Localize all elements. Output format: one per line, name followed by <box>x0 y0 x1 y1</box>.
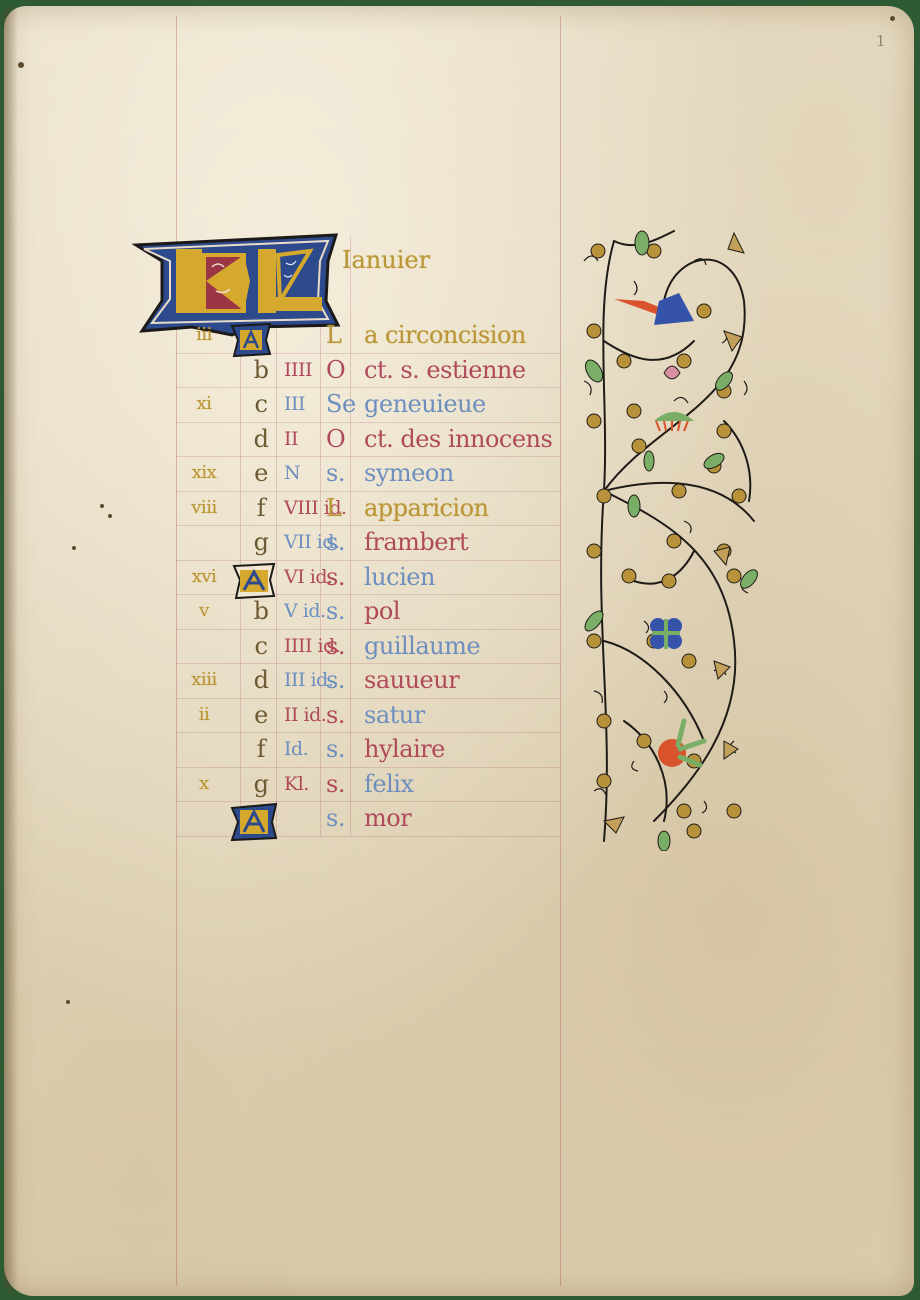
roman-abbreviation: O <box>326 353 345 387</box>
feast-name: a circoncision <box>364 318 526 352</box>
calendar-row: dIIOct. des innocens <box>174 422 564 456</box>
golden-number: v <box>174 594 234 628</box>
roman-abbreviation: s. <box>326 767 345 801</box>
feast-name: mor <box>364 801 411 835</box>
calendar-row: iieII id.s.satur <box>174 698 564 732</box>
month-heading: Ianuier <box>342 246 430 274</box>
roman-abbreviation: s. <box>326 801 345 835</box>
golden-number: ii <box>174 698 234 732</box>
golden-number: x <box>174 767 234 801</box>
roman-abbreviation: s. <box>326 629 345 663</box>
dominical-letter: g <box>246 767 276 801</box>
dominical-letter: d <box>246 663 276 697</box>
golden-number: xiii <box>174 663 234 697</box>
feast-name: guillaume <box>364 629 480 663</box>
dominical-letter: f <box>246 491 276 525</box>
feast-name: ct. des innocens <box>364 422 552 456</box>
dominical-letter: c <box>246 629 276 663</box>
roman-date: V id. <box>284 594 326 628</box>
calendar-row: xgKl.s.felix <box>174 767 564 801</box>
feast-name: felix <box>364 767 413 801</box>
roman-abbreviation: s. <box>326 594 345 628</box>
roman-abbreviation: Se <box>326 387 356 421</box>
golden-number: xvi <box>174 560 234 594</box>
golden-number: xix <box>174 456 234 490</box>
roman-date: IIII <box>284 353 312 387</box>
golden-number: xi <box>174 387 234 421</box>
calendar-row: viiifVIII id.Lapparicion <box>174 491 564 525</box>
feast-name: pol <box>364 594 400 628</box>
feast-name: sauueur <box>364 663 459 697</box>
calendar-row: cIIII id.s.guillaume <box>174 629 564 663</box>
dominical-letter: e <box>246 698 276 732</box>
stain-spot <box>72 546 76 550</box>
folio-number: 1 <box>876 32 886 50</box>
dominical-letter: e <box>246 456 276 490</box>
stain-spot <box>108 514 112 518</box>
feast-name: apparicion <box>364 491 489 525</box>
roman-date: Kl. <box>284 767 309 801</box>
stain-spot <box>18 62 24 68</box>
dominical-letter: f <box>246 732 276 766</box>
feast-name: ct. s. estienne <box>364 353 526 387</box>
dominical-letter: c <box>246 387 276 421</box>
feast-name: geneuieue <box>364 387 486 421</box>
roman-abbreviation: O <box>326 422 345 456</box>
calendar-row: fId.s.hylaire <box>174 732 564 766</box>
feast-name: lucien <box>364 560 435 594</box>
roman-abbreviation: s. <box>326 732 345 766</box>
feast-name: frambert <box>364 525 468 559</box>
roman-date: N <box>284 456 300 490</box>
calendar-row: xiiidIII id.s.sauueur <box>174 663 564 697</box>
roman-abbreviation: s. <box>326 525 345 559</box>
manuscript-page: 1 Ianuier iiiALa circoncisionbIIIIOct. s… <box>4 6 914 1296</box>
golden-number: viii <box>174 491 234 525</box>
floral-border-decoration <box>574 221 769 851</box>
feast-name: symeon <box>364 456 454 490</box>
calendar-row: xixeNs.symeon <box>174 456 564 490</box>
dominical-letter: g <box>246 525 276 559</box>
golden-number: iii <box>174 318 234 352</box>
roman-abbreviation: s. <box>326 663 345 697</box>
calendar-row: gVII id.s.frambert <box>174 525 564 559</box>
roman-date: Id. <box>284 732 308 766</box>
roman-abbreviation: s. <box>326 698 345 732</box>
feast-name: hylaire <box>364 732 445 766</box>
roman-abbreviation: L <box>326 318 341 352</box>
calendar-row: xicIIISegeneuieue <box>174 387 564 421</box>
initial-a-row15 <box>230 802 278 842</box>
initial-a-row8 <box>232 562 276 600</box>
stain-spot <box>100 504 104 508</box>
initial-a-row1 <box>230 322 272 358</box>
roman-date: II <box>284 422 298 456</box>
stain-spot <box>66 1000 70 1004</box>
roman-abbreviation: s. <box>326 560 345 594</box>
feast-name: satur <box>364 698 425 732</box>
dominical-letter: d <box>246 422 276 456</box>
roman-date: II id. <box>284 698 326 732</box>
roman-abbreviation: L <box>326 491 341 525</box>
stain-spot <box>890 16 895 21</box>
roman-date: III <box>284 387 305 421</box>
roman-abbreviation: s. <box>326 456 345 490</box>
